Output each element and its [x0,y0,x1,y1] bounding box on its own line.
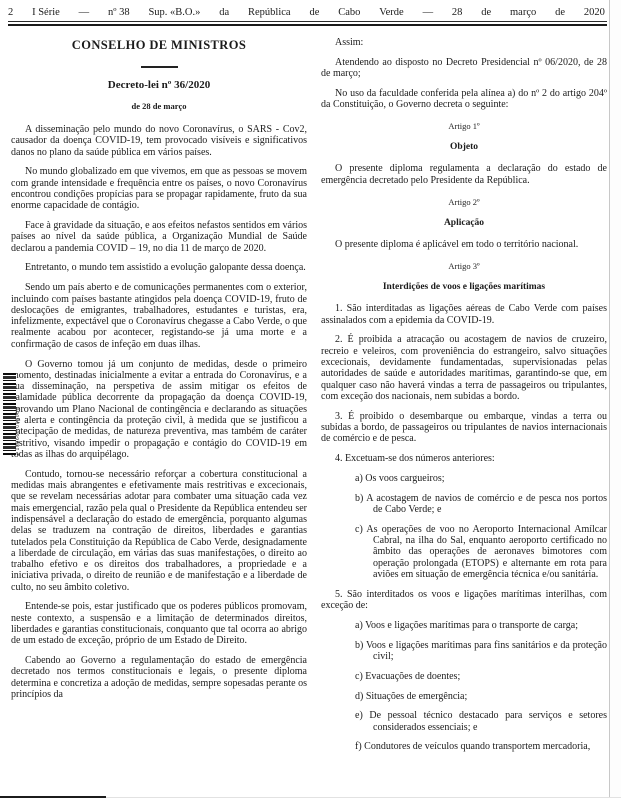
scan-margin [610,0,621,798]
header-date-day: 28 [452,7,463,18]
article-subclause: a) Voos e ligações marítimas para o tran… [321,620,607,631]
bulletin-label: Sup. «B.O.» [148,7,200,18]
article-subclause: c) Evacuações de doentes; [321,671,607,682]
article-clause: 5. São interditados os voos e ligações m… [321,589,607,612]
article-number: Artigo 1º [321,121,607,131]
preamble-paragraph: O Governo tomou já um conjunto de medida… [11,359,307,461]
article-subclause: d) Situações de emergência; [321,691,607,702]
decree-date: de 28 de março [11,101,307,111]
article-number: Artigo 3º [321,261,607,271]
header-word: da [219,7,229,18]
right-column: Assim: Atendendo ao disposto no Decreto … [321,37,607,761]
header-date-month: março [510,7,536,18]
article-title: Interdições de voos e ligações marítimas [321,282,607,292]
article-number: Artigo 2º [321,197,607,207]
preamble-paragraph: A disseminação pelo mundo do novo Corona… [11,124,307,158]
header-dash: — [423,7,434,18]
series-label: I Série [32,7,60,18]
header-word: de [309,7,319,18]
article-subclause: b) Voos e ligações marítimas para fins s… [321,640,607,663]
page-number: 2 [8,7,13,18]
header-word: Verde [379,7,404,18]
barcode-number: 3 188660 000000 [16,372,21,456]
header-word: de [481,7,491,18]
preamble-paragraph: No mundo globalizado em que vivemos, em … [11,166,307,211]
intro-paragraph: Atendendo ao disposto no Decreto Preside… [321,57,607,80]
header-word: Cabo [338,7,360,18]
preamble-paragraph: Entretanto, o mundo tem assistido a evol… [11,262,307,273]
article-subclause: f) Condutores de veículos quando transpo… [321,741,607,752]
article-title: Objeto [321,142,607,152]
article-clause: 3. É proibido o desembarque ou embarque,… [321,411,607,445]
barcode [3,373,16,455]
article-subclause: c) As operações de voo no Aeroporto Inte… [321,524,607,580]
header-dash: — [79,7,90,18]
article-title: Aplicação [321,218,607,228]
preamble-paragraph: Cabendo ao Governo a regulamentação do e… [11,655,307,700]
intro-paragraph: Assim: [321,37,607,48]
article-body-paragraph: O presente diploma é aplicável em todo o… [321,239,607,250]
intro-paragraph: No uso da faculdade conferida pela alíne… [321,88,607,111]
preamble-paragraph: Contudo, tornou-se necessário reforçar a… [11,469,307,593]
article-subclause: a) Os voos cargueiros; [321,473,607,484]
two-column-body: CONSELHO DE MINISTROS Decreto-lei nº 36/… [0,26,621,761]
article-clause: 4. Excetuam-se dos números anteriores: [321,453,607,464]
article-clause: 2. É proibida a atracação ou acostagem d… [321,334,607,402]
article-subclause: e) De pessoal técnico destacado para ser… [321,710,607,733]
article-clause: 1. São interditadas as ligações aéreas d… [321,303,607,326]
page-header: 2 I Série — nº 38 Sup. «B.O.» da Repúbli… [0,0,621,18]
title-divider [141,66,178,68]
left-column: CONSELHO DE MINISTROS Decreto-lei nº 36/… [11,37,307,761]
scan-edge-line [609,0,610,798]
org-title: CONSELHO DE MINISTROS [11,38,307,53]
issue-number: nº 38 [108,7,130,18]
decree-title: Decreto-lei nº 36/2020 [11,79,307,91]
header-date-year: 2020 [584,7,605,18]
header-word: de [555,7,565,18]
header-word: República [248,7,291,18]
gazette-page: 2 I Série — nº 38 Sup. «B.O.» da Repúbli… [0,0,621,798]
preamble-paragraph: Entende-se pois, estar justificado que o… [11,601,307,646]
preamble-paragraph: Face à gravidade da situação, e aos efei… [11,220,307,254]
article-body-paragraph: O presente diploma regulamenta a declara… [321,163,607,186]
article-subclause: b) A acostagem de navios de comércio e d… [321,493,607,516]
preamble-paragraph: Sendo um país aberto e de comunicações p… [11,282,307,350]
